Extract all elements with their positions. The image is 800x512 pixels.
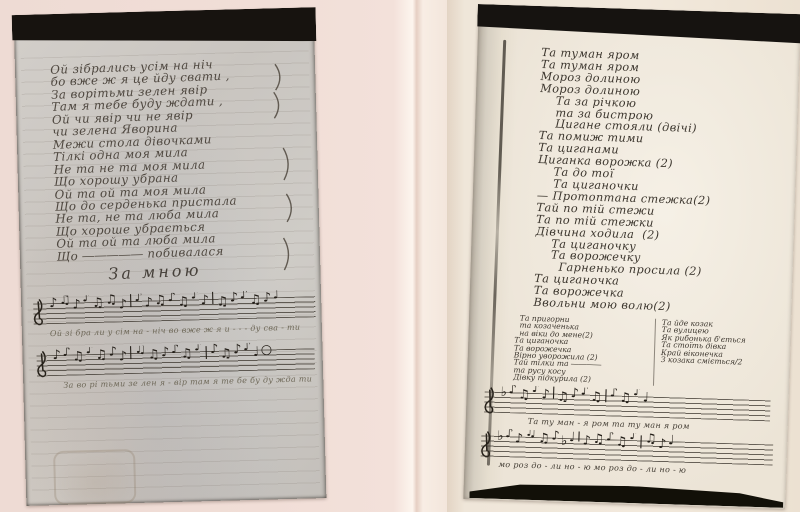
stamp-mark bbox=[53, 449, 136, 505]
photo-right-manuscript: Та туман яромТа туман яромМороз долиноюМ… bbox=[463, 5, 800, 509]
stanza-bracket bbox=[284, 193, 297, 223]
emphasis-line: За мною bbox=[108, 260, 202, 283]
stanza-bracket bbox=[282, 237, 295, 271]
photo-top-band bbox=[12, 7, 317, 49]
stanza-bracket bbox=[281, 147, 294, 181]
manuscript-lines-left: Ой зібрались усім на нічбо вже ж я це йд… bbox=[50, 58, 239, 263]
column-right: Та йде козакТа вулицеюЯк рибонька б'єтьс… bbox=[660, 319, 746, 388]
columns-block: Та пригорни та козаченька на віки до мен… bbox=[513, 314, 767, 389]
photo-bottom-band bbox=[469, 481, 783, 508]
book-spread: Ой зібрались усім на нічбо вже ж я це йд… bbox=[0, 0, 800, 512]
book-page-right: Та туман яромТа туман яромМороз долиноюМ… bbox=[447, 0, 800, 512]
manuscript-lines-right: Та туман яромТа туман яромМороз долиноюМ… bbox=[533, 47, 715, 314]
stanza-bracket bbox=[272, 91, 285, 119]
book-page-left: Ой зібрались усім на нічбо вже ж я це йд… bbox=[0, 0, 447, 512]
stanza-bracket bbox=[273, 63, 286, 91]
photo-top-band bbox=[477, 4, 800, 45]
column-left: Та пригорни та козаченька на віки до мен… bbox=[513, 314, 655, 385]
photo-left-manuscript: Ой зібрались усім на нічбо вже ж я це йд… bbox=[14, 8, 327, 506]
manuscript-line: З козака сміється/2 bbox=[661, 356, 745, 366]
